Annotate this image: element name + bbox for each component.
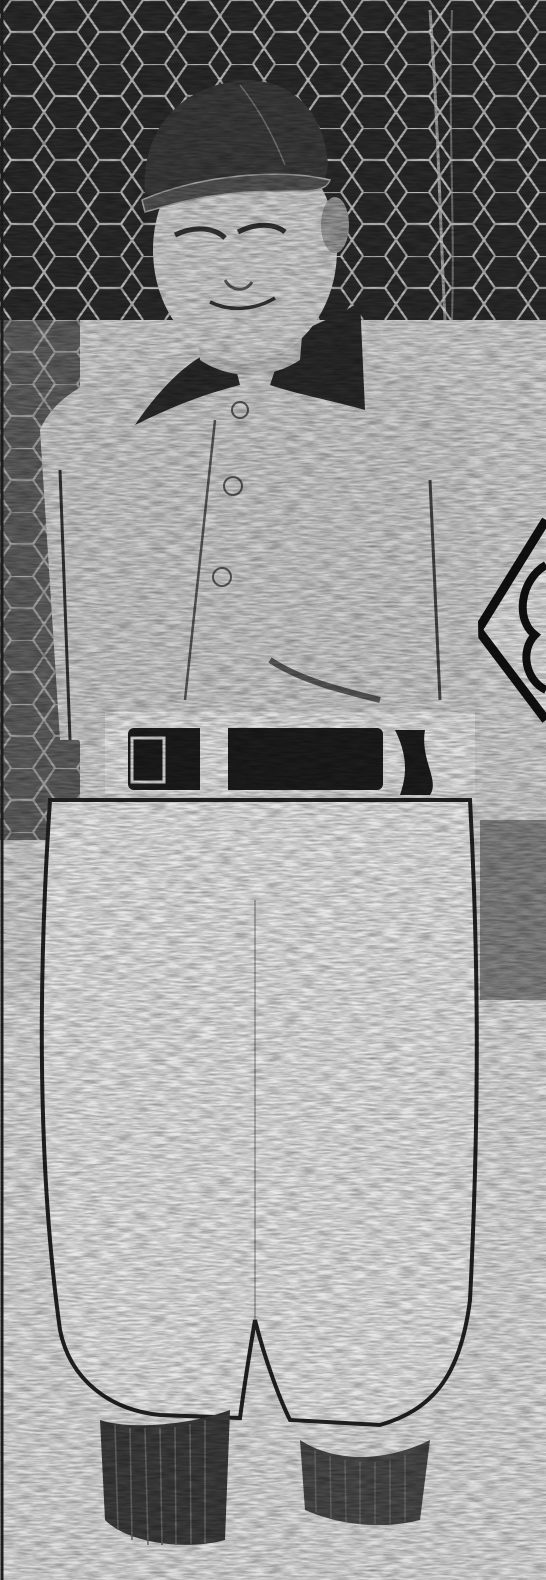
baseball-player-photo <box>0 0 546 1580</box>
photo-illustration <box>0 0 546 1580</box>
halftone-grain <box>0 0 546 1580</box>
